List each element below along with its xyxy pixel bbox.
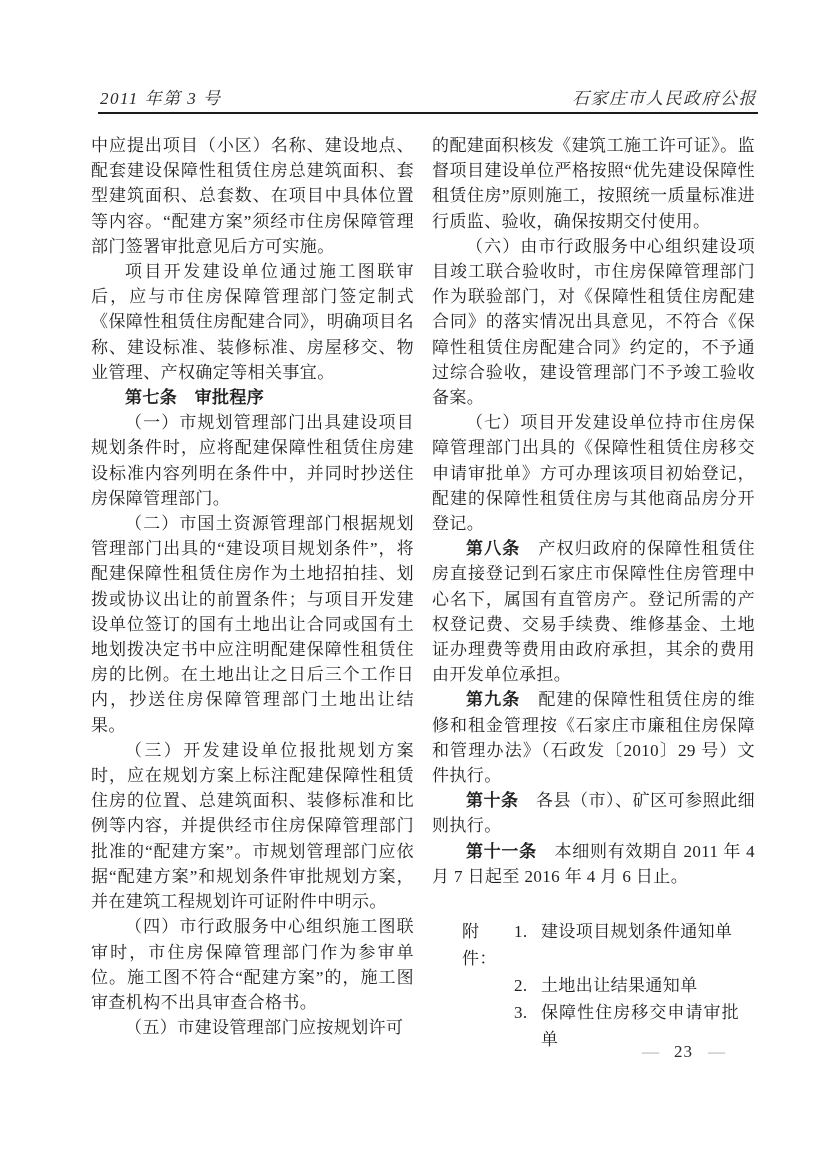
footer-page-number: 23 [674, 1041, 693, 1063]
attachment-number: 2. [514, 972, 541, 999]
article-number: 第十条 [466, 791, 519, 810]
article-number: 第七条 [125, 388, 177, 407]
page-header: 2011 年第 3 号 石家庄市人民政府公报 [100, 84, 757, 109]
paragraph: 第八条 产权归政府的保障性租赁住房直接登记到石家庄市保障性住房管理中心名下，属国… [432, 536, 755, 687]
header-rule [98, 112, 758, 114]
paragraph: 第九条 配建的保障性租赁住房的维修和租金管理按《石家庄市廉租住房保障和管理办法》… [432, 687, 755, 788]
footer-dash-right: — [708, 1041, 725, 1063]
paragraph: 中应提出项目（小区）名称、建设地点、配套建设保障性租赁住房总建筑面积、套型建筑面… [91, 133, 414, 259]
paragraph: （三）开发建设单位报批规划方案时，应在规划方案上标注配建保障性租赁住房的位置、总… [91, 738, 414, 914]
paragraph: 第十条 各县（市）、矿区可参照此细则执行。 [432, 788, 755, 838]
article-number: 第十一条 [466, 842, 537, 861]
content-columns: 中应提出项目（小区）名称、建设地点、配套建设保障性租赁住房总建筑面积、套型建筑面… [91, 133, 755, 1053]
column-left: 中应提出项目（小区）名称、建设地点、配套建设保障性租赁住房总建筑面积、套型建筑面… [91, 133, 414, 1053]
article-number: 第八条 [466, 539, 520, 558]
paragraph: 第十一条 本细则有效期自 2011 年 4 月 7 日起至 2016 年 4 月… [432, 839, 755, 889]
paragraph: （七）项目开发建设单位持市住房保障管理部门出具的《保障性租赁住房移交申请审批单》… [432, 410, 755, 536]
attachment-item: 附件：1.建设项目规划条件通知单 [462, 918, 755, 972]
gazette-title: 石家庄市人民政府公报 [572, 84, 757, 109]
attachment-number: 1. [514, 918, 541, 945]
attachment-text: 土地出让结果通知单 [541, 972, 698, 999]
attachments-list: 附件：1.建设项目规划条件通知单2.土地出让结果通知单3.保障性住房移交申请审批… [462, 918, 755, 1053]
paragraph: （六）由市行政服务中心组织建设项目竣工联合验收时，市住房保障管理部门作为联验部门… [432, 234, 755, 410]
issue-number: 2011 年第 3 号 [100, 84, 222, 109]
paragraph: （四）市行政服务中心组织施工图联审时，市住房保障管理部门作为参审单位。施工图不符… [91, 914, 414, 1015]
column-right: 的配建面积核发《建筑工施工许可证》。监督项目建设单位严格按照“优先建设保障性租赁… [432, 133, 755, 1053]
paragraph: （一）市规划管理部门出具建设项目规划条件时，应将配建保障性租赁住房建设标准内容列… [91, 410, 414, 511]
gazette-page: 2011 年第 3 号 石家庄市人民政府公报 中应提出项目（小区）名称、建设地点… [0, 0, 826, 1169]
attachment-number: 3. [514, 999, 541, 1026]
attachment-item: 2.土地出让结果通知单 [462, 972, 755, 999]
footer-dash-left: — [642, 1041, 659, 1063]
paragraph: 的配建面积核发《建筑工施工许可证》。监督项目建设单位严格按照“优先建设保障性租赁… [432, 133, 755, 234]
page-footer: — 23 — [642, 1041, 725, 1063]
article-heading: 第七条 审批程序 [91, 385, 414, 410]
paragraph: （五）市建设管理部门应按规划许可 [91, 1015, 414, 1040]
paragraph: 项目开发建设单位通过施工图联审后，应与市住房保障管理部门签定制式《保障性租赁住房… [91, 259, 414, 385]
attachment-text: 建设项目规划条件通知单 [541, 918, 732, 945]
article-number: 第九条 [466, 690, 520, 709]
attachments-label: 附件： [462, 918, 514, 972]
paragraph: （二）市国土资源管理部门根据规划管理部门出具的“建设项目规划条件”，将配建保障性… [91, 511, 414, 738]
